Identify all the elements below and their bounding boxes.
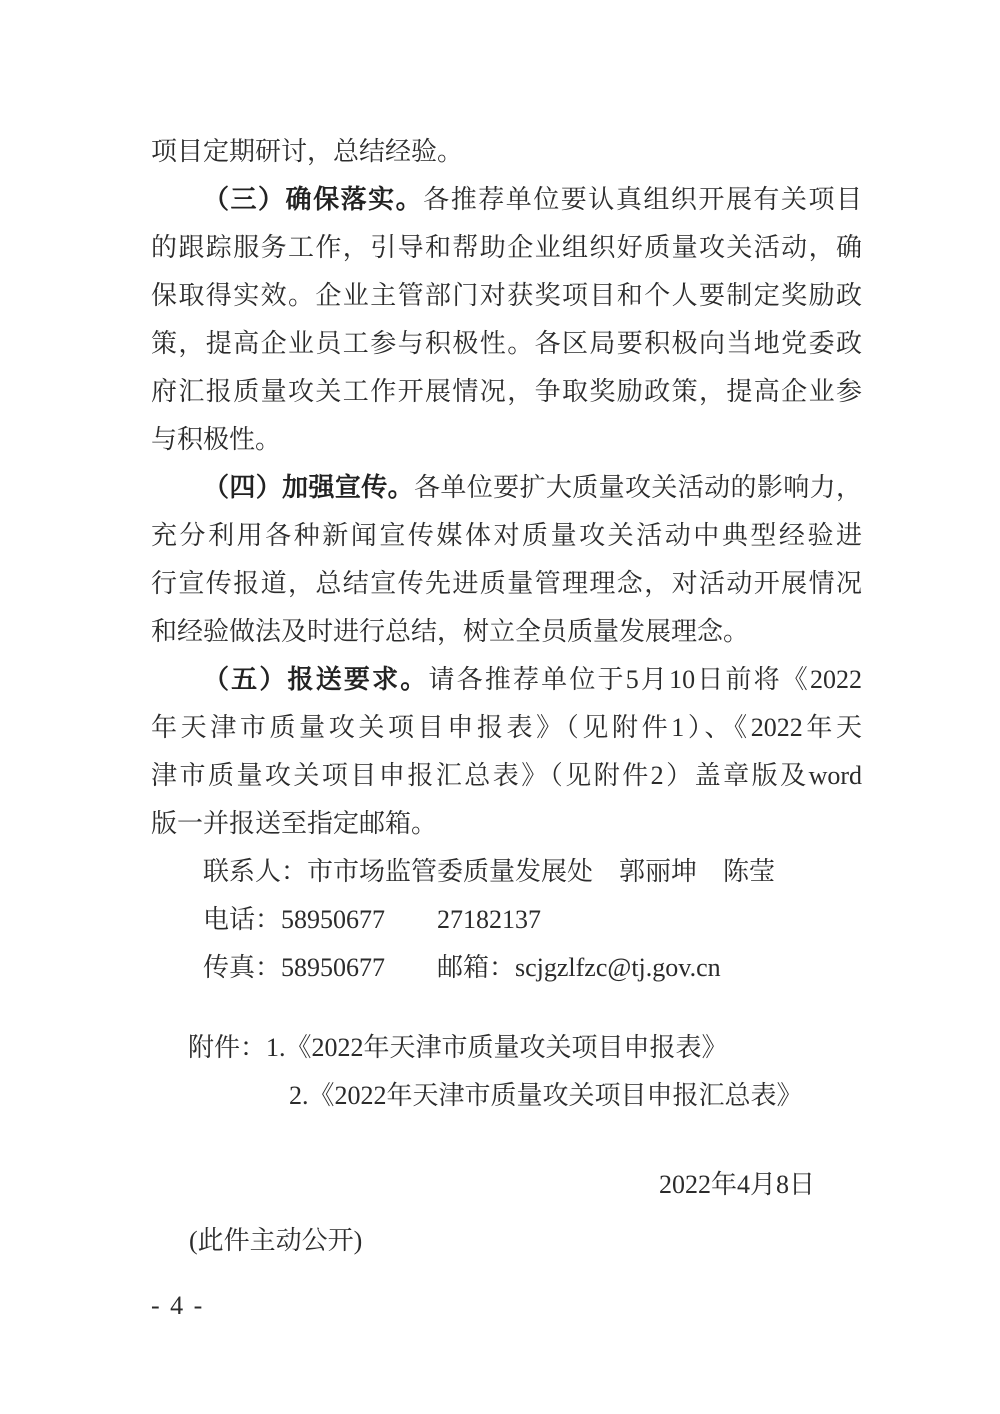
- section-3-paragraph: （三）确保落实。各推荐单位要认真组织开展有关项目 的跟踪服务工作，引导和帮助企业…: [151, 176, 862, 464]
- section-5-line-1: （五）报送要求。请各推荐单位于5月10日前将《2022: [151, 656, 862, 704]
- section-4-line-1-text: 各单位要扩大质量攻关活动的影响力，: [414, 473, 862, 502]
- section-4-line-1: （四）加强宣传。各单位要扩大质量攻关活动的影响力，: [151, 464, 862, 512]
- document-page: 项目定期研讨，总结经验。 （三）确保落实。各推荐单位要认真组织开展有关项目 的跟…: [0, 0, 1000, 1414]
- section-5-line-1-text: 请各推荐单位于5月10日前将《2022: [428, 665, 862, 694]
- disclosure-note: (此件主动公开): [151, 1217, 862, 1265]
- section-4-line-2: 充分利用各种新闻宣传媒体对质量攻关活动中典型经验进: [151, 512, 862, 560]
- section-4-line-3: 行宣传报道，总结宣传先进质量管理理念，对活动开展情况: [151, 560, 862, 608]
- section-4-heading: （四）加强宣传。: [203, 473, 414, 502]
- attachments-line-2: 2.《2022年天津市质量攻关项目申报汇总表》: [151, 1072, 862, 1120]
- attachments-line-1: 附件：1.《2022年天津市质量攻关项目申报表》: [151, 1024, 862, 1072]
- section-3-line-4: 策，提高企业员工参与积极性。各区局要积极向当地党委政: [151, 320, 862, 368]
- continuation-line: 项目定期研讨，总结经验。: [151, 128, 862, 176]
- section-3-line-1: （三）确保落实。各推荐单位要认真组织开展有关项目: [151, 176, 862, 224]
- section-4-line-4: 和经验做法及时进行总结，树立全员质量发展理念。: [151, 608, 862, 656]
- section-5-line-3: 津市质量攻关项目申报汇总表》（见附件2）盖章版及word: [151, 752, 862, 800]
- contact-block: 联系人：市市场监管委质量发展处 郭丽坤 陈莹 电话：58950677 27182…: [151, 848, 862, 992]
- section-3-line-5: 府汇报质量攻关工作开展情况，争取奖励政策，提高企业参: [151, 368, 862, 416]
- document-body: 项目定期研讨，总结经验。 （三）确保落实。各推荐单位要认真组织开展有关项目 的跟…: [151, 128, 862, 1265]
- section-3-heading: （三）确保落实。: [203, 185, 423, 214]
- section-5-heading: （五）报送要求。: [203, 665, 428, 694]
- section-4-paragraph: （四）加强宣传。各单位要扩大质量攻关活动的影响力， 充分利用各种新闻宣传媒体对质…: [151, 464, 862, 656]
- contact-phone-line: 电话：58950677 27182137: [151, 896, 862, 944]
- section-5-paragraph: （五）报送要求。请各推荐单位于5月10日前将《2022 年天津市质量攻关项目申报…: [151, 656, 862, 848]
- section-3-line-3: 保取得实效。企业主管部门对获奖项目和个人要制定奖励政: [151, 272, 862, 320]
- section-5-line-2: 年天津市质量攻关项目申报表》（见附件1）、《2022年天: [151, 704, 862, 752]
- attachments-block: 附件：1.《2022年天津市质量攻关项目申报表》 2.《2022年天津市质量攻关…: [151, 1024, 862, 1120]
- section-3-line-1-text: 各推荐单位要认真组织开展有关项目: [423, 185, 862, 214]
- contact-fax-email-line: 传真：58950677 邮箱：scjgzlfzc@tj.gov.cn: [151, 944, 862, 992]
- section-5-line-4: 版一并报送至指定邮箱。: [151, 800, 862, 848]
- section-3-line-6: 与积极性。: [151, 416, 862, 464]
- date-line: 2022年4月8日: [151, 1161, 862, 1209]
- section-3-line-2: 的跟踪服务工作，引导和帮助企业组织好质量攻关活动，确: [151, 224, 862, 272]
- page-number: - 4 -: [151, 1290, 204, 1322]
- contact-person-line: 联系人：市市场监管委质量发展处 郭丽坤 陈莹: [151, 848, 862, 896]
